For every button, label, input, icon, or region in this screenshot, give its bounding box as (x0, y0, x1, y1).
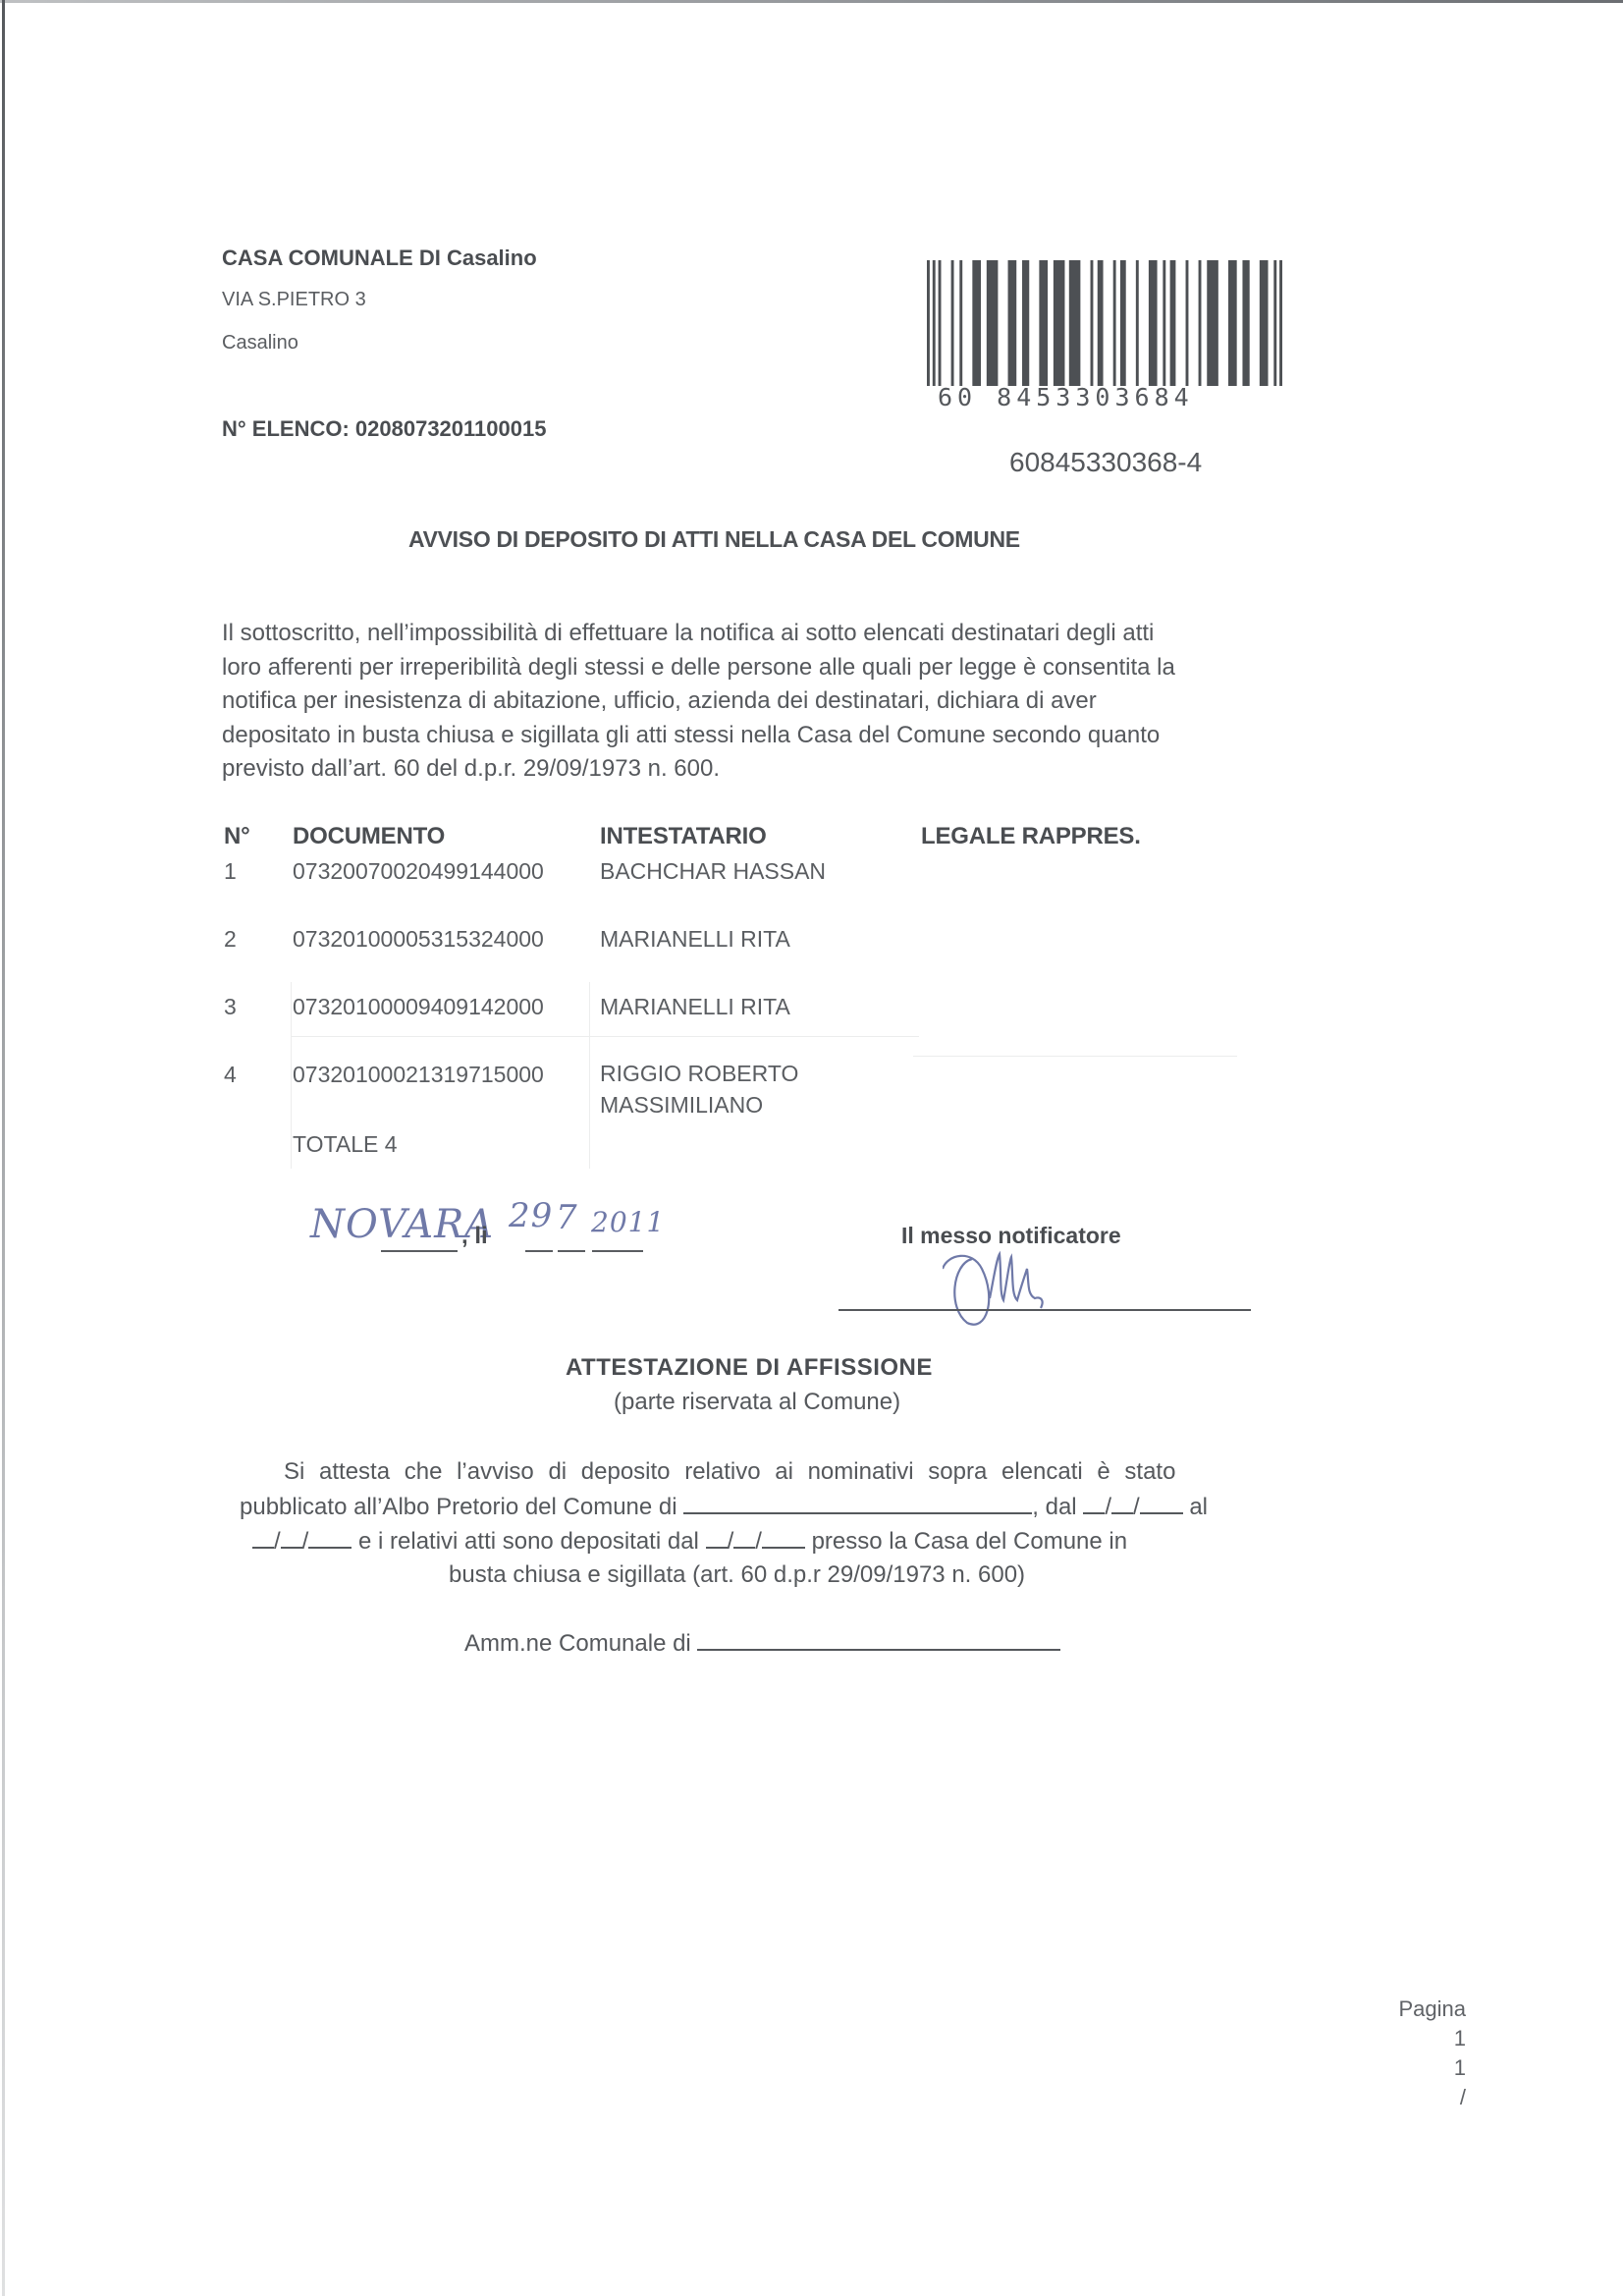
office-address: VIA S.PIETRO 3 (222, 289, 366, 311)
barcode-digits: 60 8453303684 (938, 383, 1194, 411)
handwritten-day: 29 (509, 1196, 553, 1235)
row-intestatario: MARIANELLI RITA (600, 994, 790, 1020)
document-title: AVVISO DI DEPOSITO DI ATTI NELLA CASA DE… (408, 526, 1020, 553)
amm-label: Amm.ne Comunale di (464, 1630, 691, 1657)
elenco-number: N° ELENCO: 0208073201100015 (222, 416, 546, 442)
attestazione-text: presso la Casa del Comune in (812, 1528, 1128, 1555)
barcode-icon (927, 260, 1282, 388)
row-intestatario: MARIANELLI RITA (600, 926, 790, 953)
intro-line: Il sottoscritto, nell’impossibilità di e… (222, 617, 1331, 651)
deposit-day-blank[interactable] (706, 1527, 728, 1549)
date-from-day-blank[interactable] (1083, 1493, 1105, 1514)
month-underline (558, 1250, 585, 1252)
date-separator: , li (461, 1223, 488, 1250)
attestazione-line-2: pubblicato all’Albo Pretorio del Comune … (240, 1493, 1208, 1521)
office-city: Casalino (222, 332, 298, 355)
table-header-intestatario: INTESTATARIO (600, 823, 767, 850)
date-from-year-blank[interactable] (1140, 1493, 1183, 1514)
table-grid-line (291, 982, 292, 1169)
day-underline (525, 1250, 553, 1252)
table-header-documento: DOCUMENTO (293, 823, 445, 850)
place-underline (381, 1250, 458, 1252)
comune-blank-field[interactable] (683, 1493, 1032, 1514)
date-to-day-blank[interactable] (252, 1527, 274, 1549)
row-documento: 07320100005315324000 (293, 926, 544, 953)
page-indicator: Pagina 1 1 / (1398, 1995, 1466, 2112)
table-grid-line (589, 982, 590, 1169)
amministrazione-comunale: Amm.ne Comunale di (464, 1629, 1060, 1658)
page-current: 1 (1398, 2024, 1466, 2053)
deposit-month-blank[interactable] (733, 1527, 755, 1549)
attestazione-line-4: busta chiusa e sigillata (art. 60 d.p.r … (449, 1561, 1025, 1589)
amm-comunale-blank-field[interactable] (697, 1629, 1060, 1651)
office-name: CASA COMUNALE DI Casalino (222, 246, 537, 271)
date-from-month-blank[interactable] (1111, 1493, 1133, 1514)
attestazione-text: al (1189, 1494, 1208, 1520)
signature-icon (943, 1239, 1060, 1333)
intro-line: previsto dall’art. 60 del d.p.r. 29/09/1… (222, 752, 1331, 787)
row-intestatario-line: RIGGIO ROBERTO (600, 1058, 798, 1089)
barcode-readable-number: 60845330368-4 (1009, 447, 1202, 478)
row-intestatario: RIGGIO ROBERTO MASSIMILIANO (600, 1058, 798, 1121)
row-documento: 07320100021319715000 (293, 1062, 544, 1088)
table-header-legale: LEGALE RAPPRES. (921, 823, 1141, 850)
row-number: 3 (224, 994, 237, 1020)
handwritten-year: 2011 (591, 1206, 665, 1238)
page-separator: / (1398, 2083, 1466, 2112)
page-total: 1 (1398, 2053, 1466, 2083)
row-documento: 07320100009409142000 (293, 994, 544, 1020)
attestazione-title: ATTESTAZIONE DI AFFISSIONE (566, 1354, 933, 1382)
table-total: TOTALE 4 (293, 1131, 398, 1158)
row-number: 2 (224, 926, 237, 953)
date-to-year-blank[interactable] (308, 1527, 352, 1549)
deposit-year-blank[interactable] (762, 1527, 805, 1549)
intro-paragraph: Il sottoscritto, nell’impossibilità di e… (222, 617, 1331, 787)
attestazione-line-3: // e i relativi atti sono depositati dal… (252, 1527, 1127, 1556)
scan-left-edge (2, 0, 5, 2296)
row-number: 4 (224, 1062, 237, 1088)
date-to-month-blank[interactable] (281, 1527, 302, 1549)
attestazione-line-1: Si attesta che l’avviso di deposito rela… (284, 1458, 1175, 1486)
intro-line: notifica per inesistenza di abitazione, … (222, 684, 1331, 719)
table-header-number: N° (224, 823, 250, 850)
handwritten-month: 7 (556, 1198, 578, 1237)
attestazione-text: , dal (1032, 1494, 1076, 1520)
row-intestatario-line: MASSIMILIANO (600, 1089, 798, 1121)
year-underline (592, 1250, 643, 1252)
row-number: 1 (224, 858, 237, 885)
row-intestatario: BACHCHAR HASSAN (600, 858, 826, 885)
intro-line: loro afferenti per irreperibilità degli … (222, 651, 1331, 685)
attestazione-subtitle: (parte riservata al Comune) (614, 1389, 900, 1416)
table-grid-line (913, 1056, 1237, 1057)
signature-line (839, 1309, 1251, 1311)
table-grid-line (291, 1036, 919, 1037)
page-label: Pagina (1398, 1995, 1466, 2024)
intro-line: depositato in busta chiusa e sigillata g… (222, 719, 1331, 753)
scan-top-edge (0, 0, 1623, 3)
attestazione-text: e i relativi atti sono depositati dal (358, 1528, 699, 1555)
row-documento: 07320070020499144000 (293, 858, 544, 885)
attestazione-text: pubblicato all’Albo Pretorio del Comune … (240, 1494, 677, 1520)
